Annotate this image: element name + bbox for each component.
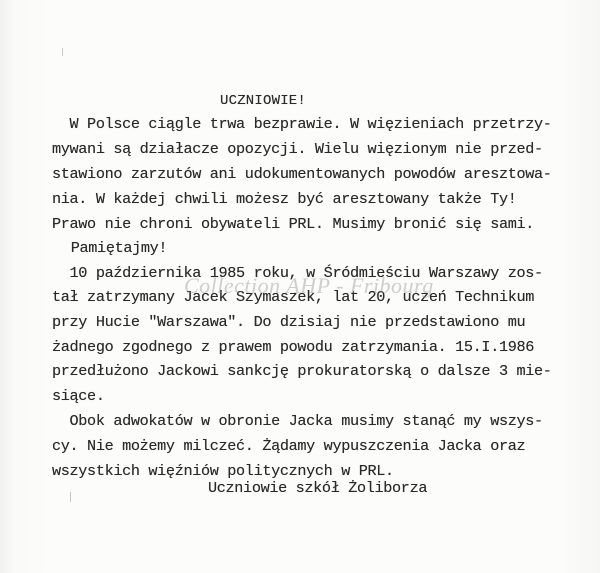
body-line: mywani są działacze opozycji. Wielu więz… — [52, 142, 543, 157]
body-line: siące. — [52, 389, 105, 404]
body-line: wszystkich więźniów politycznych w PRL. — [52, 464, 394, 479]
signature: Uczniowie szkół Żoliborza — [208, 481, 427, 496]
body-line: W Polsce ciągle trwa bezprawie. W więzie… — [52, 117, 552, 132]
typewritten-leaflet: UCZNIOWIE! W Polsce ciągle trwa bezprawi… — [0, 0, 600, 573]
body-line: nia. W każdej chwili możesz być aresztow… — [52, 192, 517, 207]
collection-watermark: Collection AHP - Fribourg — [184, 273, 434, 299]
paper-speck — [70, 492, 71, 502]
paper-speck — [62, 48, 63, 56]
body-line: żadnego zgodnego z prawem powodu zatrzym… — [52, 340, 534, 355]
body-line: przy Hucie "Warszawa". Do dzisiaj nie pr… — [52, 315, 525, 330]
leaflet-title: UCZNIOWIE! — [220, 94, 306, 108]
body-line: stawiono zarzutów ani udokumentowanych p… — [52, 167, 552, 182]
body-line: cy. Nie możemy milczeć. Żądamy wypuszcze… — [52, 439, 525, 454]
body-line: Pamiętajmy! — [62, 241, 167, 256]
body-line: Obok adwokatów w obronie Jacka musimy st… — [52, 414, 543, 429]
body-line: przedłużono Jackowi sankcję prokuratorsk… — [52, 364, 552, 379]
body-line: Prawo nie chroni obywateli PRL. Musimy b… — [52, 217, 534, 232]
